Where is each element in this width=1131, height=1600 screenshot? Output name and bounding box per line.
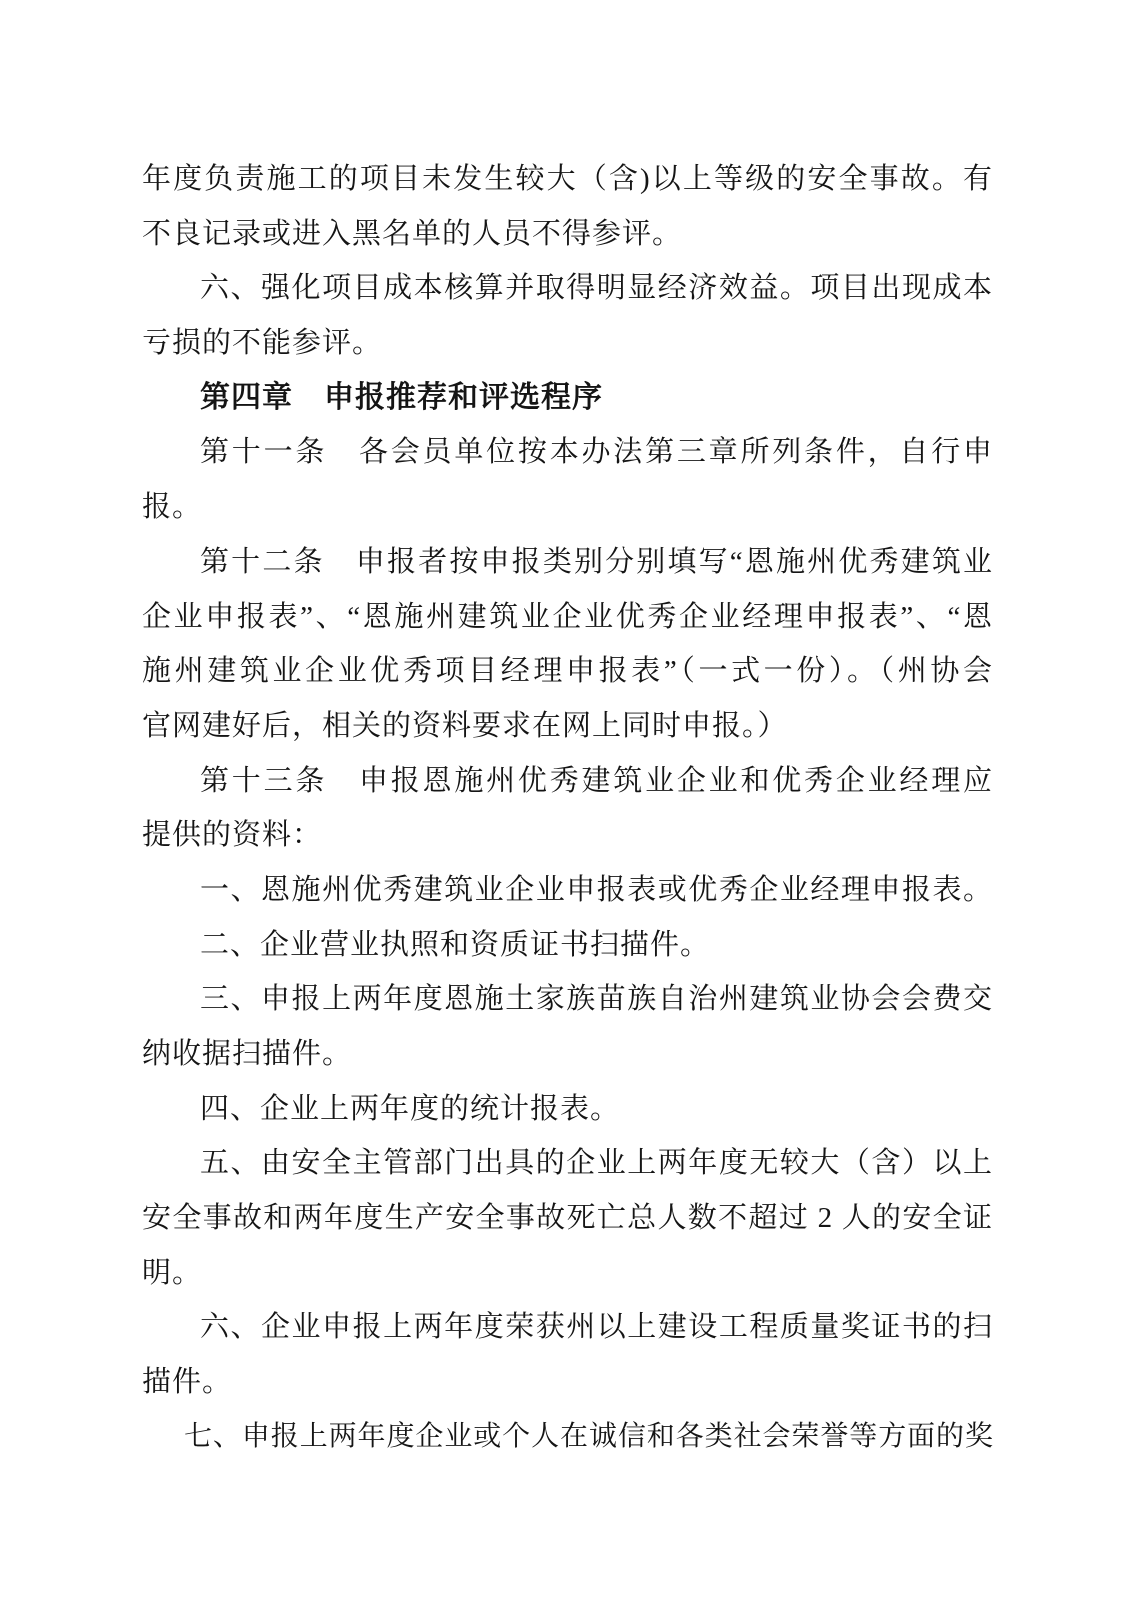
paragraph-text-line: 施州建筑业企业优秀项目经理申报表”（一式一份）。（州协会 [142, 644, 993, 699]
paragraph-text-line: 明。 [142, 1246, 993, 1301]
paragraph-text-line: 纳收据扫描件。 [142, 1027, 993, 1082]
paragraph-text-line: 一、恩施州优秀建筑业企业申报表或优秀企业经理申报表。 [142, 863, 993, 918]
paragraph-text-line: 描件。 [142, 1355, 993, 1410]
paragraph-text-line: 安全事故和两年度生产安全事故死亡总人数不超过 2 人的安全证 [142, 1191, 993, 1246]
paragraph-text-line: 不良记录或进入黑名单的人员不得参评。 [142, 207, 993, 262]
paragraph-text-line: 报。 [142, 480, 993, 535]
paragraph-text-line: 第十一条 各会员单位按本办法第三章所列条件，自行申 [142, 425, 993, 480]
paragraph-text-line: 第十三条 申报恩施州优秀建筑业企业和优秀企业经理应 [142, 754, 993, 809]
paragraph-text-line: 七、申报上两年度企业或个人在诚信和各类社会荣誉等方面的奖 [142, 1410, 993, 1465]
paragraph-text-line: 第十二条 申报者按申报类别分别填写“恩施州优秀建筑业 [142, 535, 993, 590]
paragraph-text-line: 亏损的不能参评。 [142, 316, 993, 371]
paragraph-text-line: 官网建好后，相关的资料要求在网上同时申报。） [142, 699, 993, 754]
paragraph-text-line: 三、申报上两年度恩施土家族苗族自治州建筑业协会会费交 [142, 972, 993, 1027]
paragraph-text-line: 年度负责施工的项目未发生较大（含)以上等级的安全事故。有 [142, 152, 993, 207]
document-body: 年度负责施工的项目未发生较大（含)以上等级的安全事故。有不良记录或进入黑名单的人… [142, 152, 993, 1465]
paragraph-text-line: 四、企业上两年度的统计报表。 [142, 1082, 993, 1137]
paragraph-text-line: 二、企业营业执照和资质证书扫描件。 [142, 918, 993, 973]
document-page: 年度负责施工的项目未发生较大（含)以上等级的安全事故。有不良记录或进入黑名单的人… [0, 0, 1131, 1600]
paragraph-text-line: 六、强化项目成本核算并取得明显经济效益。项目出现成本 [142, 261, 993, 316]
paragraph-text-line: 六、企业申报上两年度荣获州以上建设工程质量奖证书的扫 [142, 1300, 993, 1355]
chapter-heading: 第四章 申报推荐和评选程序 [142, 371, 993, 426]
paragraph-text-line: 五、由安全主管部门出具的企业上两年度无较大（含）以上 [142, 1136, 993, 1191]
paragraph-text-line: 提供的资料： [142, 808, 993, 863]
paragraph-text-line: 企业申报表”、“恩施州建筑业企业优秀企业经理申报表”、“恩 [142, 590, 993, 645]
